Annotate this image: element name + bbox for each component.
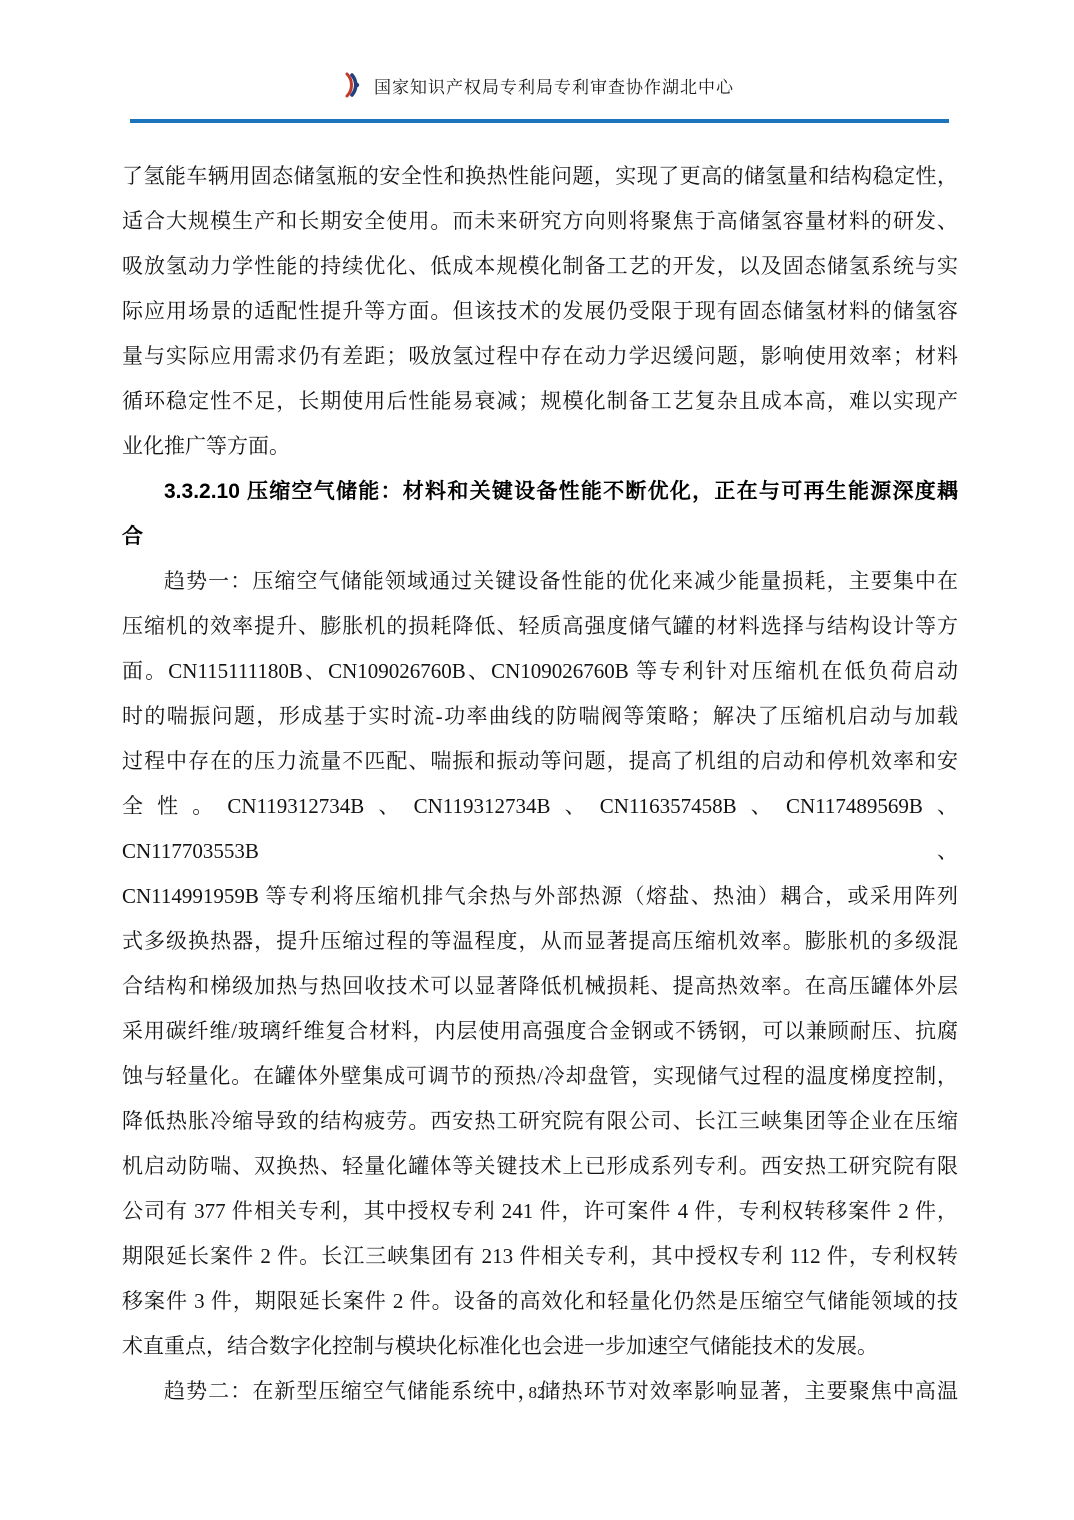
- text-line: 式多级换热器，提升压缩过程的等温程度，从而显著提高压缩机效率。膨胀机的多级混: [122, 919, 958, 964]
- text-line: 适合大规模生产和长期安全使用。而未来研究方向则将聚焦于高储氢容量材料的研发、: [122, 199, 958, 244]
- text-line: 量与实际应用需求仍有差距；吸放氢过程中存在动力学迟缓问题，影响使用效率；材料: [122, 334, 958, 379]
- text-line: 机启动防喘、双换热、轻量化罐体等关键技术上已形成系列专利。西安热工研究院有限: [122, 1144, 958, 1189]
- text-line: 面。CN115111180B、CN109026760B、CN109026760B…: [122, 649, 958, 694]
- text-line: CN114991959B 等专利将压缩机排气余热与外部热源（熔盐、热油）耦合，或…: [122, 874, 958, 919]
- page-number: 82: [0, 1383, 1074, 1403]
- text-line: 降低热胀冷缩导致的结构疲劳。西安热工研究院有限公司、长江三峡集团等企业在压缩: [122, 1099, 958, 1144]
- text-line: 公司有 377 件相关专利，其中授权专利 241 件，许可案件 4 件，专利权转…: [122, 1189, 958, 1234]
- cnipa-logo-icon: [340, 71, 362, 99]
- text-line: 期限延长案件 2 件。长江三峡集团有 213 件相关专利，其中授权专利 112 …: [122, 1234, 958, 1279]
- text-line: 趋势一：压缩空气储能领域通过关键设备性能的优化来减少能量损耗，主要集中在: [122, 559, 958, 604]
- header-title-group: 国家知识产权局专利局专利审查协作湖北中心: [0, 0, 1074, 98]
- text-line: 际应用场景的适配性提升等方面。但该技术的发展仍受限于现有固态储氢材料的储氢容: [122, 289, 958, 334]
- text-line: 全性。CN119312734B、CN119312734B、CN116357458…: [122, 784, 958, 874]
- section-heading-line: 3.3.2.10 压缩空气储能：材料和关键设备性能不断优化，正在与可再生能源深度…: [122, 469, 958, 514]
- section-heading-line: 合: [122, 514, 958, 559]
- text-line: 移案件 3 件，期限延长案件 2 件。设备的高效化和轻量化仍然是压缩空气储能领域…: [122, 1279, 958, 1324]
- text-line: 过程中存在的压力流量不匹配、喘振和振动等问题，提高了机组的启动和停机效率和安: [122, 739, 958, 784]
- text-line: 了氢能车辆用固态储氢瓶的安全性和换热性能问题，实现了更高的储氢量和结构稳定性，: [122, 154, 958, 199]
- page-header: 国家知识产权局专利局专利审查协作湖北中心: [0, 0, 1074, 123]
- text-line: 采用碳纤维/玻璃纤维复合材料，内层使用高强度合金钢或不锈钢，可以兼顾耐压、抗腐: [122, 1009, 958, 1054]
- text-line: 时的喘振问题，形成基于实时流-功率曲线的防喘阀等策略；解决了压缩机启动与加载: [122, 694, 958, 739]
- text-line: 术直重点，结合数字化控制与模块化标准化也会进一步加速空气储能技术的发展。: [122, 1324, 958, 1369]
- text-line: 合结构和梯级加热与热回收技术可以显著降低机械损耗、提高热效率。在高压罐体外层: [122, 964, 958, 1009]
- document-body: 了氢能车辆用固态储氢瓶的安全性和换热性能问题，实现了更高的储氢量和结构稳定性， …: [122, 154, 958, 1414]
- header-divider-rule: [130, 119, 949, 123]
- text-line: 循环稳定性不足，长期使用后性能易衰减；规模化制备工艺复杂且成本高，难以实现产: [122, 379, 958, 424]
- text-line: 蚀与轻量化。在罐体外壁集成可调节的预热/冷却盘管，实现储气过程的温度梯度控制，: [122, 1054, 958, 1099]
- text-line: 压缩机的效率提升、膨胀机的损耗降低、轻质高强度储气罐的材料选择与结构设计等方: [122, 604, 958, 649]
- text-line: 业化推广等方面。: [122, 424, 958, 469]
- text-line: 吸放氢动力学性能的持续优化、低成本规模化制备工艺的开发，以及固态储氢系统与实: [122, 244, 958, 289]
- header-title: 国家知识产权局专利局专利审查协作湖北中心: [374, 73, 734, 98]
